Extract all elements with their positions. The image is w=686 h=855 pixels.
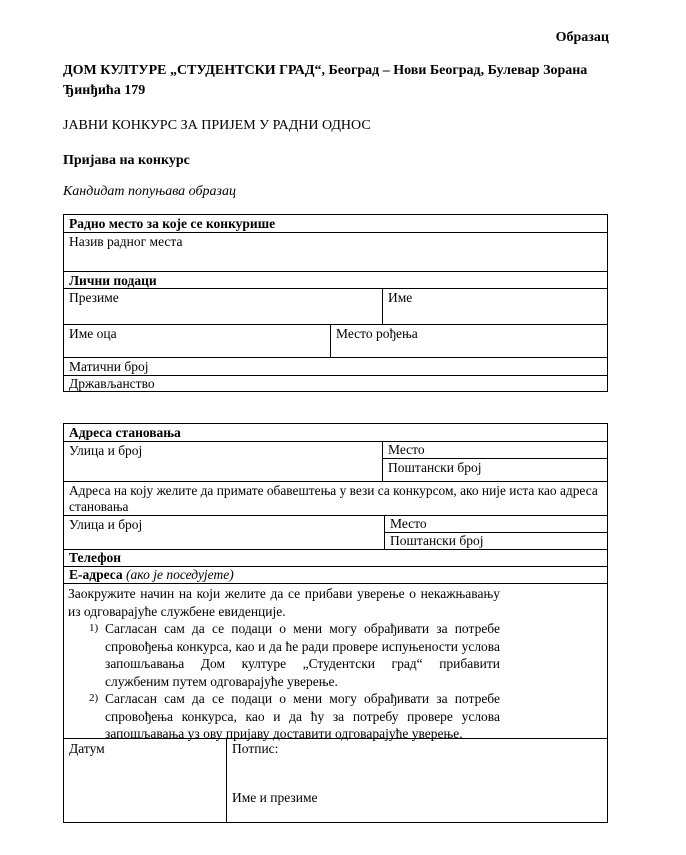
phone-field[interactable]: Телефон	[64, 550, 604, 566]
form-label: Образац	[556, 30, 609, 46]
birthplace-label: Место рођења	[336, 326, 418, 341]
divider	[63, 324, 608, 325]
option-number: 1)	[89, 620, 98, 638]
consent-option-1[interactable]: 1)Сагласан сам да се подаци о мени могу …	[68, 620, 500, 690]
option-number: 2)	[89, 690, 98, 708]
position-header: Радно место за које се конкурише	[64, 216, 604, 232]
citizenship-field[interactable]: Држављанство	[64, 376, 604, 392]
postal-label: Поштански број	[388, 460, 481, 475]
place2-field[interactable]: Место	[385, 516, 605, 532]
place-label: Место	[388, 442, 425, 457]
phone-label: Телефон	[69, 550, 121, 565]
email-label: Е-адреса	[69, 567, 123, 582]
postal-field[interactable]: Поштански број	[383, 460, 605, 480]
divider	[63, 357, 608, 358]
consent-options: 1)Сагласан сам да се подаци о мени могу …	[68, 620, 500, 743]
option-text: Сагласан сам да се подаци о мени могу об…	[105, 621, 500, 689]
name-label: Име	[388, 290, 412, 305]
surname-label: Презиме	[69, 290, 119, 305]
fill-note: Кандидат попуњава образац	[63, 184, 236, 200]
date-field[interactable]: Датум	[64, 740, 224, 820]
surname-field[interactable]: Презиме	[64, 290, 380, 323]
organization-heading: ДОМ КУЛТУРЕ „СТУДЕНТСКИ ГРАД“, Београд –…	[63, 61, 613, 101]
divider	[63, 481, 608, 482]
personal-header: Лични подаци	[64, 273, 604, 289]
postal2-field[interactable]: Поштански број	[385, 533, 605, 549]
full-name-label: Име и презиме	[232, 790, 317, 805]
street-field[interactable]: Улица и број	[64, 443, 380, 480]
position-name-label: Назив радног места	[69, 234, 182, 249]
street-label: Улица и број	[69, 443, 142, 458]
place-field[interactable]: Место	[383, 442, 605, 458]
id-number-label: Матични број	[69, 359, 149, 374]
divider	[63, 232, 608, 233]
street2-field[interactable]: Улица и број	[64, 517, 382, 548]
application-title: Пријава на конкурс	[63, 153, 190, 169]
email-field[interactable]: Е-адреса (ако је поседујете)	[64, 567, 604, 583]
father-name-label: Име оца	[69, 326, 117, 341]
address-header: Адреса становања	[64, 425, 604, 441]
consent-option-2[interactable]: 2)Сагласан сам да се подаци о мени могу …	[68, 690, 500, 743]
consent-block: Заокружите начин на који желите да се пр…	[68, 585, 500, 743]
citizenship-label: Држављанство	[69, 376, 155, 391]
notice-address-text: Адреса на коју желите да примате обавешт…	[64, 483, 609, 515]
divider	[382, 458, 608, 459]
email-note: (ако је поседујете)	[126, 567, 234, 582]
signature-label: Потпис:	[232, 741, 278, 756]
divider	[63, 271, 608, 272]
date-label: Датум	[69, 741, 105, 756]
signature-field[interactable]: Потпис:	[227, 740, 605, 780]
competition-title: ЈАВНИ КОНКУРС ЗА ПРИЈЕМ У РАДНИ ОДНОС	[63, 118, 371, 134]
id-number-field[interactable]: Матични број	[64, 359, 604, 375]
postal2-label: Поштански број	[390, 533, 483, 548]
name-field[interactable]: Име	[383, 290, 605, 323]
divider	[63, 583, 608, 584]
street2-label: Улица и број	[69, 517, 142, 532]
option-text: Сагласан сам да се подаци о мени могу об…	[105, 691, 500, 741]
place2-label: Место	[390, 516, 427, 531]
father-name-field[interactable]: Име оца	[64, 326, 328, 356]
consent-intro: Заокружите начин на који желите да се пр…	[68, 585, 500, 620]
position-name-field[interactable]: Назив радног места	[64, 234, 604, 270]
full-name-field[interactable]: Име и презиме	[227, 790, 605, 820]
birthplace-field[interactable]: Место рођења	[331, 326, 605, 356]
